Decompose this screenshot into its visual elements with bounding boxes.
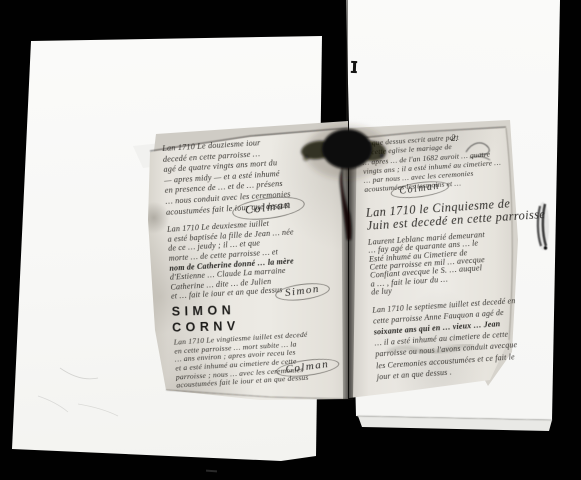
- small-stray-mark: [206, 470, 217, 473]
- ink-mark-capital-i: [351, 61, 357, 73]
- right-page-text: Ce que dessus escrit autre parten cette …: [361, 129, 529, 389]
- sheet-spine-edge: [346, 0, 348, 133]
- left-page-text: Lan 1710 Le douziesme iourdecedé en cett…: [162, 133, 359, 403]
- register-entry: Lan 1710 le Cinquiesme deJuin est decedé…: [365, 197, 518, 234]
- register-entry: Laurent Leblanc marié demeurant… fay agé…: [368, 228, 524, 297]
- scanned-register-photo: Lan 1710 Le douziesme iourdecedé en cett…: [0, 0, 581, 480]
- register-entry: Lan 1710 le septiesme iuillet est decedé…: [372, 294, 529, 382]
